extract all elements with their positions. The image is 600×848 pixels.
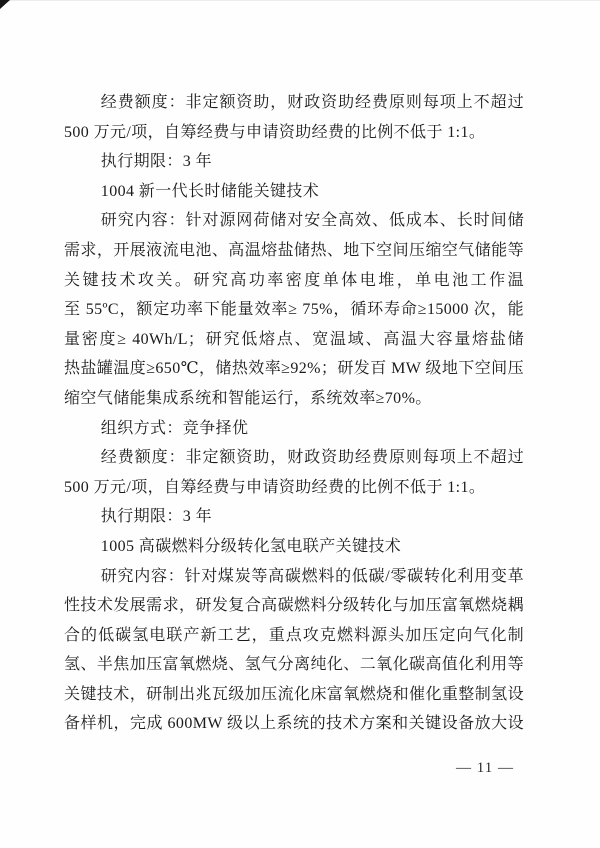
document-line-research-content-1004-2: 需求，开展液流电池、高温熔盐储热、地下空间压缩空气储能等 [64, 236, 524, 266]
document-line-research-content-1005-1: 研究内容：针对煤炭等高碳燃料的低碳/零碳转化利用变革 [64, 562, 524, 592]
document-line-funding-1004-2: 500 万元/项，自筹经费与申请资助经费的比例不低于 1:1。 [64, 473, 524, 503]
document-line-research-content-1004-5: 量密度≥ 40Wh/L；研究低熔点、宽温域、高温大容量熔盐储热， [64, 325, 524, 355]
document-content: 经费额度：非定额资助，财政资助经费原则每项上不超过500 万元/项，自筹经费与申… [64, 88, 524, 739]
document-line-funding-1004-1: 经费额度：非定额资助，财政资助经费原则每项上不超过 [64, 443, 524, 473]
document-line-research-content-1005-5: 关键技术，研制出兆瓦级加压流化床富氧燃烧和催化重整制氢设 [64, 680, 524, 710]
document-line-title-1004: 1004 新一代长时储能关键技术 [64, 177, 524, 207]
document-line-duration-1003: 执行期限：3 年 [64, 147, 524, 177]
document-line-research-content-1005-2: 性技术发展需求，研发复合高碳燃料分级转化与加压富氧燃烧耦 [64, 591, 524, 621]
scan-top-hairline [0, 0, 600, 1]
document-line-research-content-1005-3: 合的低碳氢电联产新工艺，重点攻克燃料源头加压定向气化制 [64, 621, 524, 651]
document-line-research-content-1004-7: 缩空气储能集成系统和智能运行，系统效率≥70%。 [64, 384, 524, 414]
document-line-title-1005: 1005 高碳燃料分级转化氢电联产关键技术 [64, 532, 524, 562]
document-line-funding-1003-2: 500 万元/项，自筹经费与申请资助经费的比例不低于 1:1。 [64, 118, 524, 148]
document-page: 经费额度：非定额资助，财政资助经费原则每项上不超过500 万元/项，自筹经费与申… [0, 0, 600, 848]
document-line-research-content-1005-6: 备样机，完成 600MW 级以上系统的技术方案和关键设备放大设 [64, 709, 524, 739]
document-line-research-content-1004-3: 关键技术攻关。研究高功率密度单体电堆，单电池工作温度-20ºC [64, 266, 524, 296]
page-number: — 11 — [456, 760, 514, 777]
document-line-research-content-1004-6: 热盐罐温度≥650℃，储热效率≥92%；研发百 MW 级地下空间压 [64, 354, 524, 384]
document-line-funding-1003-1: 经费额度：非定额资助，财政资助经费原则每项上不超过 [64, 88, 524, 118]
document-line-organization-1004: 组织方式：竞争择优 [64, 414, 524, 444]
document-line-duration-1004: 执行期限：3 年 [64, 502, 524, 532]
scan-corner-speck [0, 0, 10, 9]
document-line-research-content-1004-4: 至 55ºC，额定功率下能量效率≥ 75%，循环寿命≥15000 次，能 [64, 295, 524, 325]
document-line-research-content-1005-4: 氢、半焦加压富氧燃烧、氢气分离纯化、二氧化碳高值化利用等 [64, 650, 524, 680]
document-line-research-content-1004-1: 研究内容：针对源网荷储对安全高效、低成本、长时间储能 [64, 206, 524, 236]
